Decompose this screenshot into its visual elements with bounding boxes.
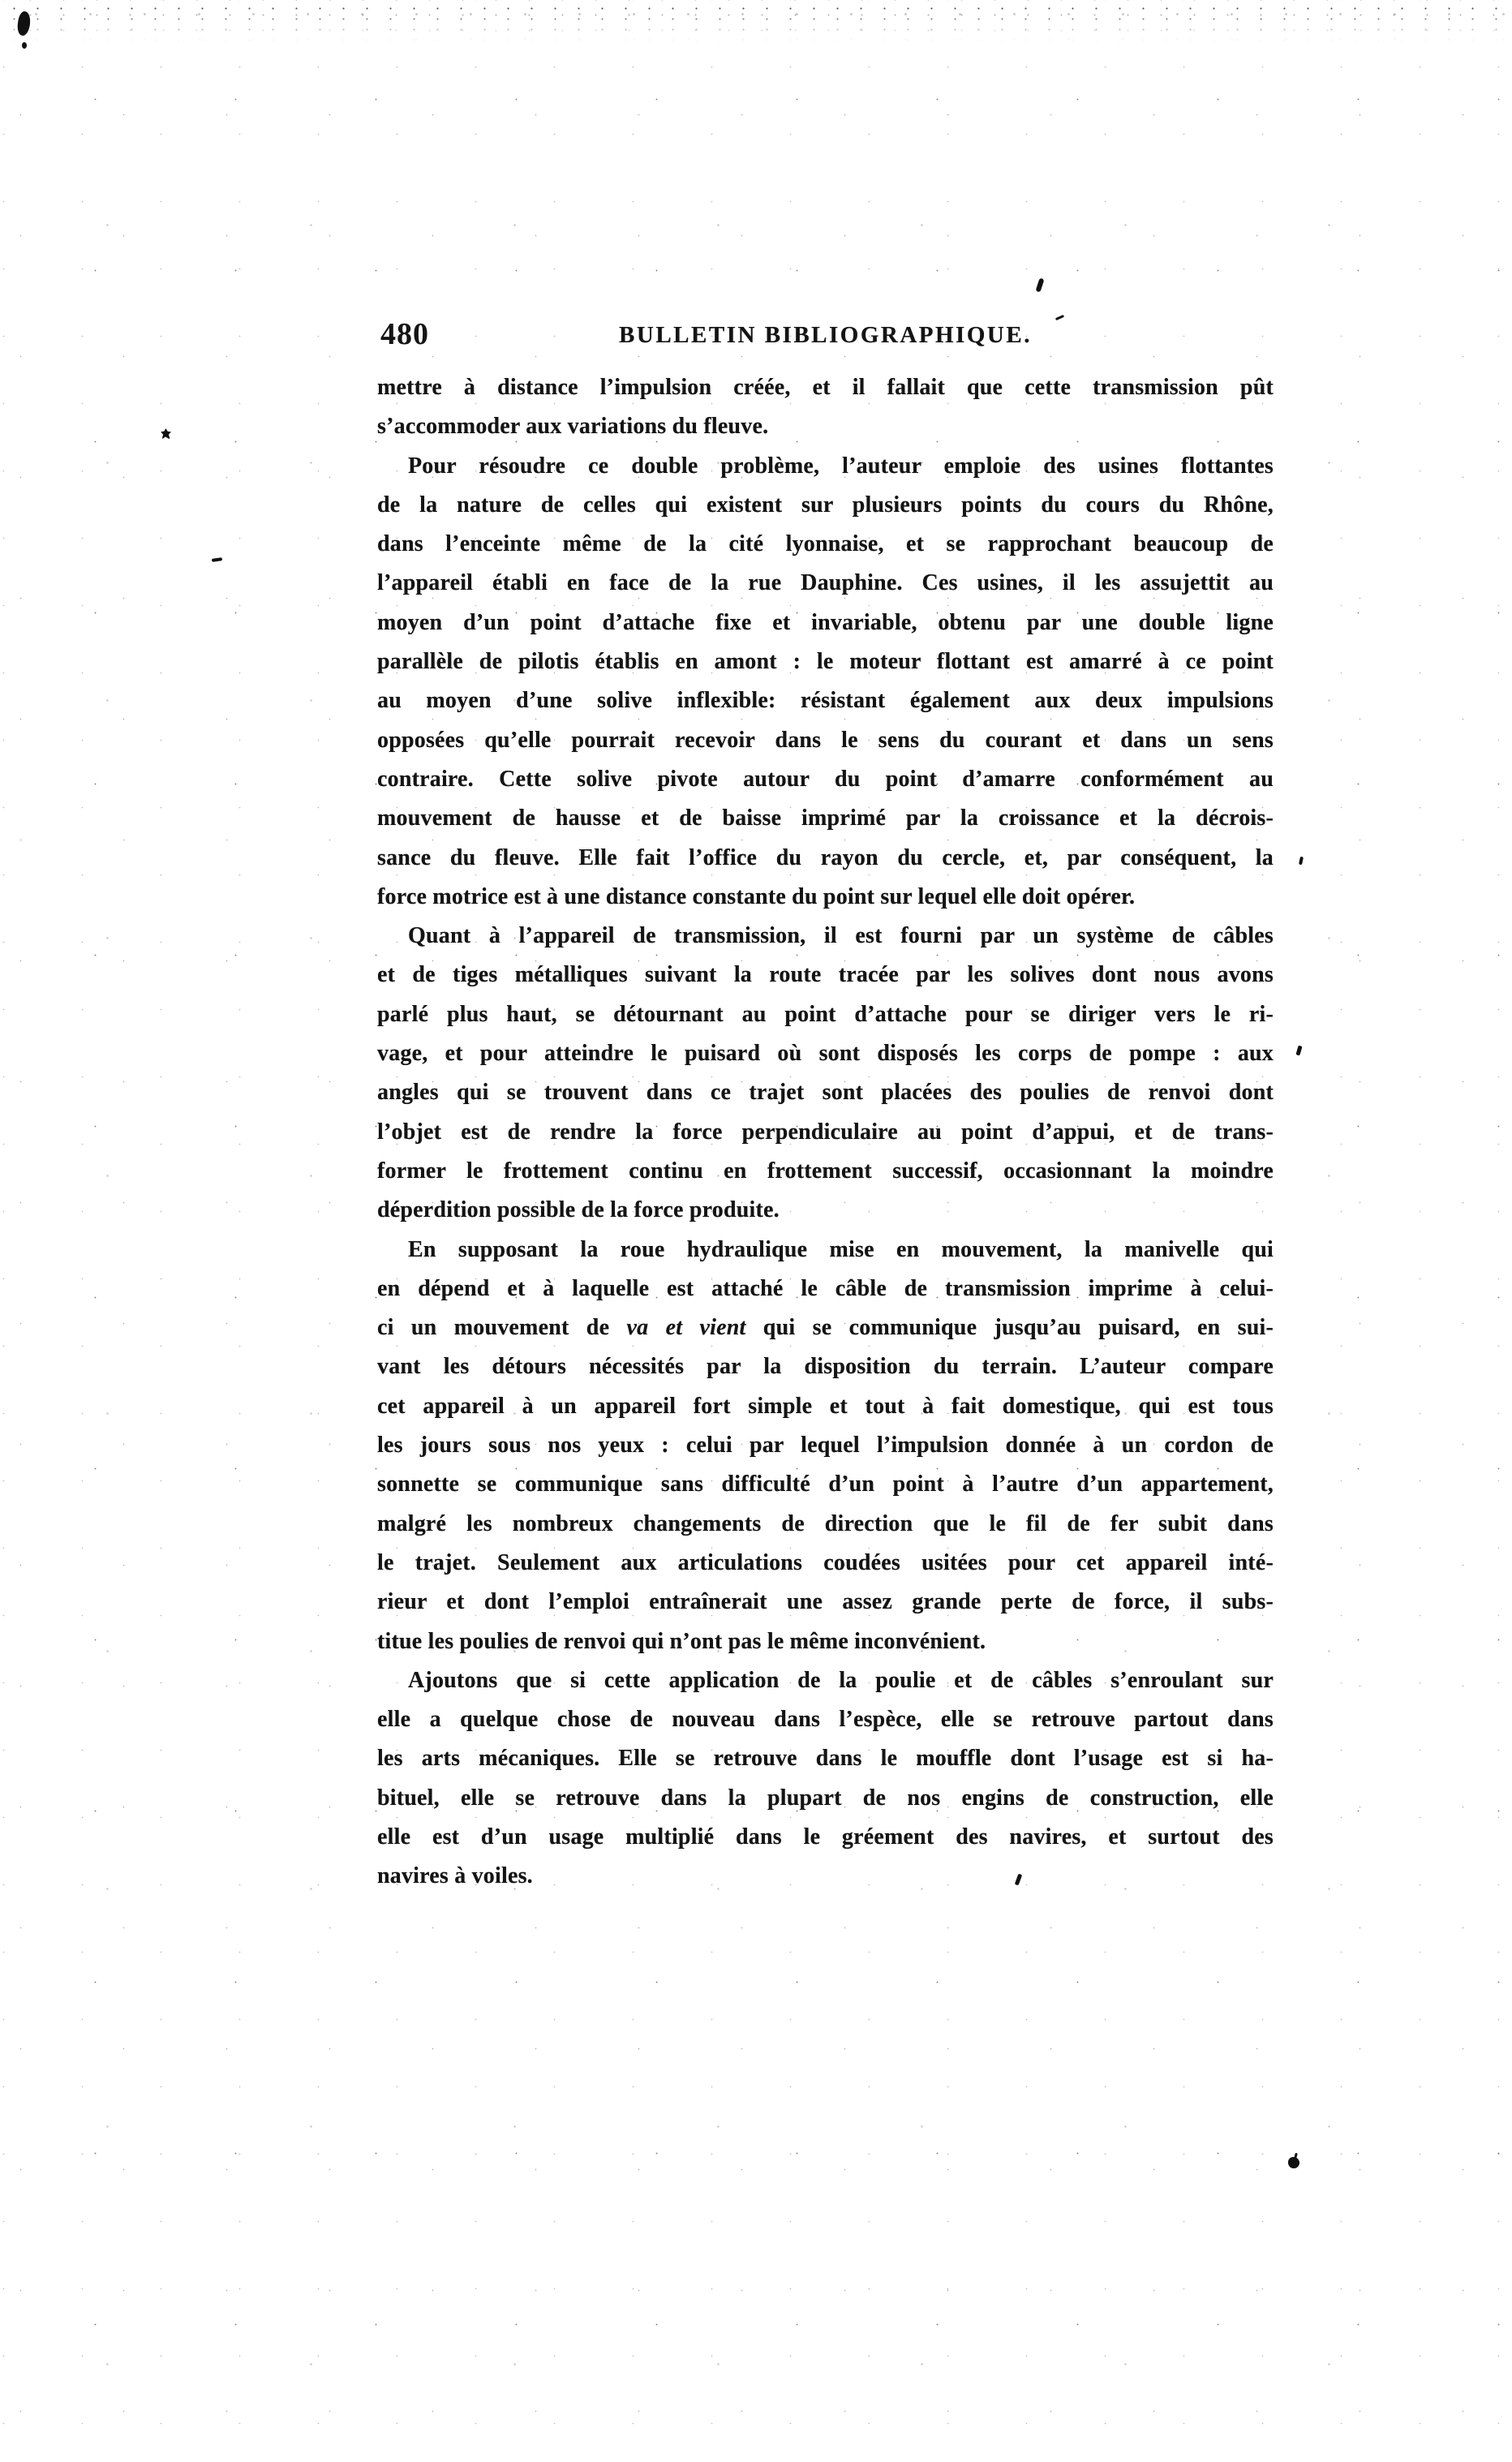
ink-blot: [161, 428, 171, 440]
text-line: navires à voiles.: [377, 1857, 1274, 1896]
text-line: les arts mécaniques. Elle se retrouve da…: [377, 1739, 1274, 1778]
text-line: les jours sous nos yeux : celui par lequ…: [377, 1426, 1274, 1465]
text-line: le trajet. Seulement aux articulations c…: [377, 1544, 1274, 1583]
ink-speck: [212, 557, 222, 562]
text-line: déperdition possible de la force produit…: [377, 1191, 1274, 1230]
paragraph: mettre à distance l’impulsion créée, et …: [377, 368, 1274, 447]
text-line: ci un mouvement de va et vient qui se co…: [377, 1308, 1274, 1347]
text-line: Pour résoudre ce double problème, l’aute…: [377, 447, 1274, 486]
text-line: sonnette se communique sans difficulté d…: [377, 1465, 1274, 1504]
text-line: elle est d’un usage multiplié dans le gr…: [377, 1818, 1274, 1857]
text-line: mettre à distance l’impulsion créée, et …: [377, 368, 1274, 407]
text-line: Quant à l’appareil de transmission, il e…: [377, 917, 1274, 956]
body-text: mettre à distance l’impulsion créée, et …: [377, 368, 1274, 1897]
paragraph: Ajoutons que si cette application de la …: [377, 1661, 1274, 1897]
text-line: au moyen d’une solive inflexible: résist…: [377, 681, 1274, 720]
text-line: et de tiges métalliques suivant la route…: [377, 956, 1274, 995]
text-line: force motrice est à une distance constan…: [377, 878, 1274, 917]
text-line: cet appareil à un appareil fort simple e…: [377, 1387, 1274, 1426]
ink-speck: [1036, 277, 1045, 292]
text-line: vant les détours nécessités par la dispo…: [377, 1347, 1274, 1386]
paragraph: Quant à l’appareil de transmission, il e…: [377, 917, 1274, 1230]
text-line: mouvement de hausse et de baisse imprimé…: [377, 799, 1274, 838]
scanned-book-page: 480 BULLETIN BIBLIOGRAPHIQUE. mettre à d…: [0, 0, 1512, 2462]
text-line: bituel, elle se retrouve dans la plupart…: [377, 1779, 1274, 1818]
italic-phrase: va et vient: [627, 1315, 746, 1340]
text-line: moyen d’un point d’attache fixe et invar…: [377, 604, 1274, 642]
text-line: s’accommoder aux variations du fleuve.: [377, 407, 1274, 446]
paragraph: Pour résoudre ce double problème, l’aute…: [377, 447, 1274, 917]
text-line: l’appareil établi en face de la rue Daup…: [377, 564, 1274, 603]
ink-speck: [1299, 857, 1304, 866]
ink-speck: [1295, 1046, 1302, 1056]
text-line: opposées qu’elle pourrait recevoir dans …: [377, 721, 1274, 760]
text-line: vage, et pour atteindre le puisard où so…: [377, 1034, 1274, 1073]
text-line: parallèle de pilotis établis en amont : …: [377, 642, 1274, 681]
scan-noise-band: [0, 0, 1512, 42]
paragraph: En supposant la roue hydraulique mise en…: [377, 1231, 1274, 1661]
text-line: l’objet est de rendre la force perpendic…: [377, 1113, 1274, 1152]
running-title: BULLETIN BIBLIOGRAPHIQUE.: [619, 322, 1032, 349]
text-line: elle a quelque chose de nouveau dans l’e…: [377, 1700, 1274, 1739]
text-line: angles qui se trouvent dans ce trajet so…: [377, 1073, 1274, 1112]
text-line: contraire. Cette solive pivote autour du…: [377, 760, 1274, 799]
text-line: sance du fleuve. Elle fait l’office du r…: [377, 839, 1274, 878]
text-line: dans l’enceinte même de la cité lyonnais…: [377, 525, 1274, 564]
ink-blot: [16, 11, 32, 37]
text-line: former le frottement continu en frotteme…: [377, 1152, 1274, 1191]
text-line: parlé plus haut, se détournant au point …: [377, 995, 1274, 1034]
text-line: en dépend et à laquelle est attaché le c…: [377, 1270, 1274, 1308]
text-line: titue les poulies de renvoi qui n’ont pa…: [377, 1622, 1274, 1661]
page-number: 480: [380, 316, 429, 352]
text-line: En supposant la roue hydraulique mise en…: [377, 1231, 1274, 1270]
text-line: malgré les nombreux changements de direc…: [377, 1505, 1274, 1544]
ink-speck: [22, 42, 27, 49]
text-line: rieur et dont l’emploi entraînerait une …: [377, 1583, 1274, 1622]
page-header: 480 BULLETIN BIBLIOGRAPHIQUE.: [377, 316, 1274, 354]
text-line: Ajoutons que si cette application de la …: [377, 1661, 1274, 1700]
text-line: de la nature de celles qui existent sur …: [377, 486, 1274, 525]
ink-blot: [1288, 2157, 1299, 2168]
